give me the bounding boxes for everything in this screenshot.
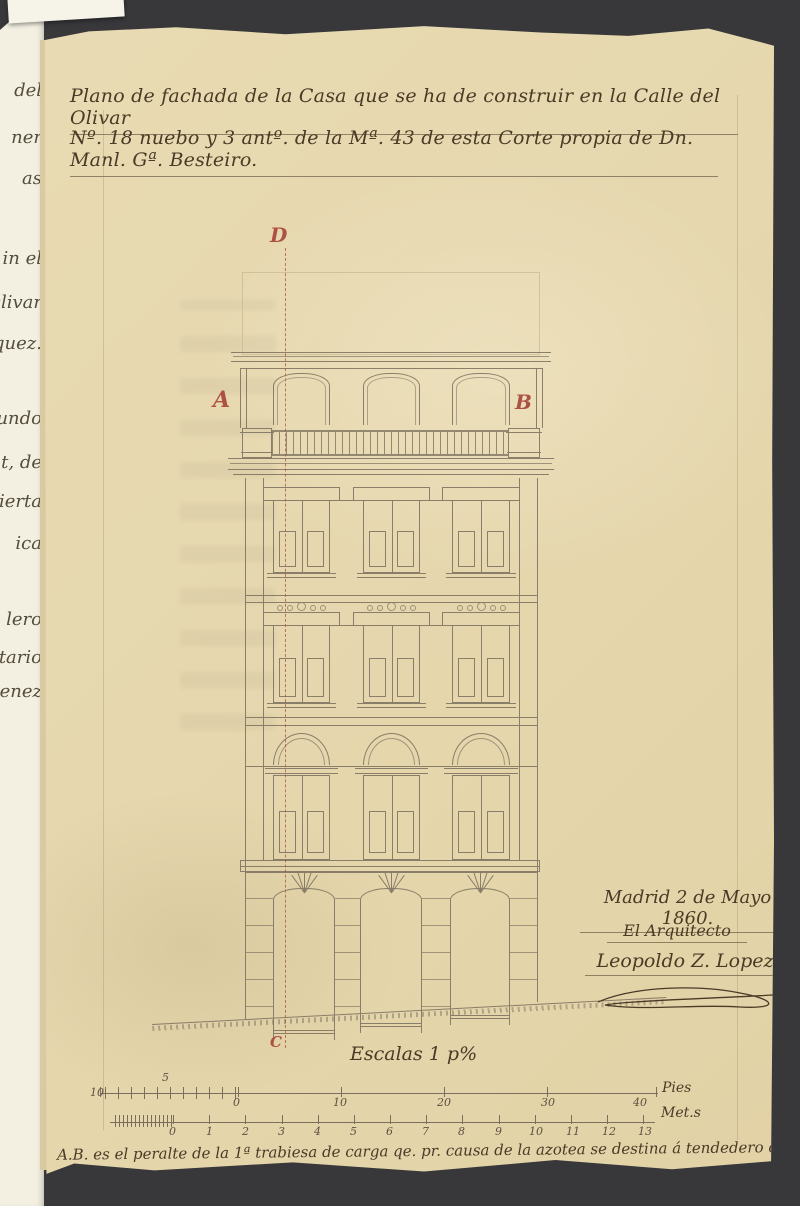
handwriting-fragment: tario (0, 647, 42, 668)
rusticated-pier (335, 872, 360, 1017)
attic-wall-edge (240, 368, 241, 428)
scale-number: 12 (602, 1125, 616, 1138)
string-course (245, 595, 537, 596)
red-centerline (285, 248, 286, 1048)
handwriting-fragment: t, de (1, 452, 42, 473)
folded-page-corner (7, 0, 124, 24)
marker-letter-right: B (515, 390, 532, 414)
scale-tick (607, 1115, 608, 1124)
impost-line (245, 766, 537, 767)
adjacent-page: del ner as in el Olivar quez. undo t, de… (0, 0, 44, 1206)
window-hood (263, 612, 340, 625)
signature-name: Leopoldo Z. Lopez (585, 950, 785, 976)
scale-tick (656, 1087, 657, 1097)
facade-window (273, 625, 330, 703)
scale-tick (571, 1115, 572, 1124)
handwriting-fragment: undo (0, 408, 42, 429)
attic-opening (363, 373, 420, 425)
scale-tick (462, 1115, 463, 1124)
balustrade-pedestal (508, 428, 540, 458)
window-hood (263, 487, 340, 500)
handwriting-fragment: quez. (0, 333, 42, 354)
scale-bar-metros: 0 1 2 3 4 5 6 7 8 9 10 11 12 13 Met.s (105, 1107, 705, 1137)
handwriting-fragment: del (14, 80, 42, 101)
facade-window (452, 775, 510, 860)
main-cornice (228, 458, 554, 470)
handwriting-fragment: lero (6, 609, 42, 630)
marker-letter-top: D (270, 223, 287, 247)
window-hood (353, 487, 430, 500)
scale-tick (535, 1115, 536, 1124)
scale-number: 1 (206, 1125, 213, 1138)
right-pilaster-line (519, 478, 520, 860)
handwriting-fragment: ner (11, 127, 42, 148)
attic-wall-edge (536, 368, 537, 428)
window-sill (446, 703, 516, 708)
arched-window (273, 733, 330, 765)
balcony-sill (444, 768, 518, 774)
window-sill (446, 573, 516, 578)
facade-right-edge (537, 478, 538, 1002)
scale-number: 0 (169, 1125, 176, 1138)
left-pilaster-line (263, 478, 264, 860)
balustrade-pedestal (242, 428, 272, 458)
construction-outline (242, 272, 540, 355)
scale-number: 5 (162, 1071, 169, 1084)
facade-window (273, 500, 330, 573)
scale-bar-pies: 10 5 0 10 20 30 40 Pies (100, 1075, 700, 1107)
arched-window (363, 733, 420, 765)
scale-number: 4 (314, 1125, 321, 1138)
scale-number: 11 (566, 1125, 580, 1138)
scale-unit-pies: Pies (662, 1080, 691, 1096)
string-course (245, 717, 537, 718)
scale-number: 7 (422, 1125, 429, 1138)
facade-window (363, 500, 420, 573)
scale-number: 13 (638, 1125, 652, 1138)
scale-subdivisions (115, 1115, 173, 1127)
string-course (245, 725, 537, 726)
scale-number: 10 (529, 1125, 543, 1138)
marker-letter-left: A (213, 387, 230, 413)
scale-tick (354, 1115, 355, 1124)
scale-number: 10 (90, 1086, 104, 1099)
handwriting-fragment: in el (3, 248, 42, 269)
window-sill (357, 573, 426, 578)
handwriting-fragment: ica (15, 533, 42, 554)
scale-tick (390, 1115, 391, 1124)
scale-number: 6 (386, 1125, 393, 1138)
rusticated-pier (510, 872, 537, 1003)
window-hood (442, 612, 520, 625)
attic-opening (273, 373, 330, 425)
ground-doorway (450, 888, 510, 1025)
scale-unit-metros: Met.s (661, 1105, 701, 1121)
scale-number: 2 (242, 1125, 249, 1138)
scale-number: 3 (278, 1125, 285, 1138)
scale-tick (209, 1115, 210, 1124)
scale-tick (282, 1115, 283, 1124)
scale-line (110, 1122, 655, 1123)
ornament-crest (357, 601, 426, 611)
balcony-railing (272, 430, 508, 456)
facade-window (452, 625, 510, 703)
window-sill (267, 573, 336, 578)
scale-tick (318, 1115, 319, 1124)
signature-flourish (590, 982, 795, 1014)
handwriting-fragment: menez (0, 681, 42, 702)
scale-subdivisions (105, 1087, 238, 1099)
cornice-fascia (233, 474, 549, 475)
rusticated-pier (245, 872, 273, 1022)
balcony-sill (355, 768, 428, 774)
window-sill (267, 703, 336, 708)
scale-number: 8 (458, 1125, 465, 1138)
facade-window (363, 775, 420, 860)
handwriting-fragment: Olivar (0, 292, 42, 313)
facade-window (452, 500, 510, 573)
scale-number: 9 (495, 1125, 502, 1138)
ornament-crest (446, 601, 516, 611)
scale-tick (499, 1115, 500, 1124)
marker-letter-bottom: C (270, 1033, 282, 1051)
attic-wall-edge (246, 368, 247, 428)
scale-tick (426, 1115, 427, 1124)
rusticated-pier (422, 872, 450, 1011)
scale-tick (245, 1115, 246, 1124)
scale-tick (643, 1115, 644, 1124)
facade-window (363, 625, 420, 703)
attic-opening (452, 373, 510, 425)
drawing-sheet: Plano de fachada de la Casa que se ha de… (45, 25, 774, 1175)
attic-cornice (231, 352, 551, 362)
arched-window (452, 733, 510, 765)
balcony-sill (265, 768, 338, 774)
signature-role: El Arquitecto (607, 921, 747, 943)
scale-caption: Escalas 1 p% (350, 1043, 477, 1065)
window-hood (353, 612, 430, 625)
ornament-crest (267, 601, 336, 611)
scan-background: del ner as in el Olivar quez. undo t, de… (0, 0, 800, 1206)
handwriting-fragment: bierta (0, 491, 42, 512)
scale-tick (173, 1115, 174, 1124)
window-sill (357, 703, 426, 708)
facade-window (273, 775, 330, 860)
handwriting-fragment: as (22, 168, 42, 189)
window-hood (442, 487, 520, 500)
attic-wall-edge (542, 368, 543, 428)
scale-number: 5 (350, 1125, 357, 1138)
